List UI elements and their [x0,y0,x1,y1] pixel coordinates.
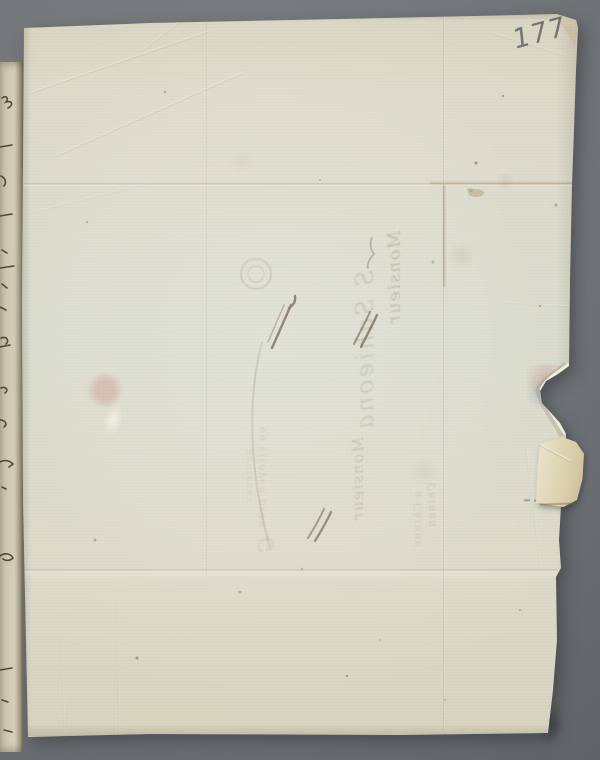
flourish-arc-ghost [252,342,270,548]
ink-strokes-overlay [0,0,600,760]
dark-slash-strokes [268,238,377,541]
torn-edge-rim [538,364,569,436]
paper-specks [86,91,558,702]
seal-ring-ghost [241,259,271,289]
letter-verso-page: Monsieur S Sahieona Monsieur Chinon a Ch… [0,0,600,760]
letter-page-wrap: Monsieur S Sahieona Monsieur Chinon a Ch… [0,0,600,760]
photo-backdrop: Monsieur S Sahieona Monsieur Chinon a Ch… [0,0,600,760]
